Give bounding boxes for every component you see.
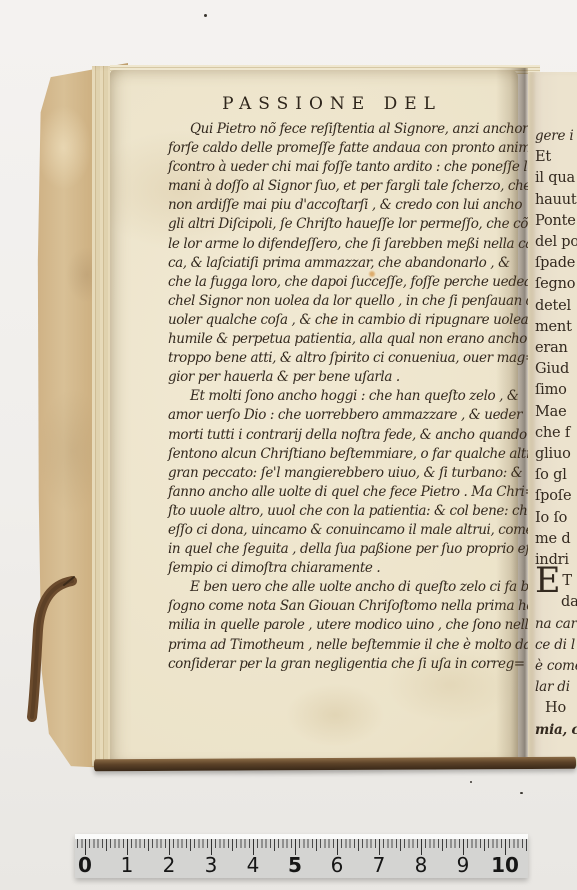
text-line: milia in quelle parole , utere modico ui… (168, 616, 508, 635)
ruler-number: 0 (78, 853, 92, 877)
fragment-line: detel (535, 296, 577, 317)
photo-scene: PASSIONE DEL Qui Pietro nõ fece reſiſten… (0, 0, 577, 890)
ruler-number: 4 (247, 853, 260, 877)
dust-speck (520, 792, 523, 794)
fragment-line: ment (535, 317, 577, 338)
dust-speck (204, 14, 207, 17)
open-book: PASSIONE DEL Qui Pietro nõ fece reſiſten… (30, 60, 577, 772)
fragment-line: me d (535, 529, 577, 550)
fragment-line: Io ſo (535, 508, 577, 529)
text-line: le lor arme lo difendeſſero, che ſi ſare… (168, 235, 508, 254)
text-line: gior per hauerla & per bene uſarla . (168, 368, 508, 387)
fragment-line: ſimo (535, 380, 577, 401)
text-line: mani à doſſo al Signor ſuo, et per fargl… (168, 177, 508, 196)
text-line: in quel che ſeguita , della ſua paßione … (168, 540, 508, 559)
text-line: Qui Pietro nõ fece reſiſtentia al Signor… (168, 120, 508, 139)
fragment-line: mia, co (535, 720, 577, 741)
left-page: PASSIONE DEL Qui Pietro nõ fece reſiſten… (110, 70, 518, 766)
gutter-shadow (496, 68, 528, 768)
fragment-line: hauut (535, 190, 577, 211)
text-line: amor uerſo Dio : che uorrebbero ammazzar… (168, 406, 508, 425)
measuring-ruler: 012345678910 (75, 834, 528, 878)
fragment-line: Mae (535, 402, 577, 423)
text-line: Et molti ſono ancho hoggi : che han queſ… (168, 387, 508, 406)
fragment-line: ce di l (535, 635, 577, 656)
fragment-line: che f (535, 423, 577, 444)
right-page-lines: gere iEtil quahauutPontedel poſpadeſegno… (535, 126, 577, 741)
text-line: forſe caldo delle promeſſe fatte andaua … (168, 139, 508, 158)
text-line: gran peccato: ſe'l mangierebbero uiuo, &… (168, 464, 508, 483)
ruler-number: 1 (121, 853, 134, 877)
ruler-number: 8 (415, 853, 428, 877)
dust-speck (470, 781, 472, 783)
text-line: prima ad Timotheum , nelle beſtemmie il … (168, 636, 508, 655)
ruler-number: 10 (491, 853, 519, 877)
text-line: ca, & laſciatiſi prima ammazzar, che aba… (168, 254, 508, 273)
text-line: gli altri Diſcipoli, ſe Chriſto haueſſe … (168, 215, 508, 234)
text-line: humile & perpetua patientia, alla qual n… (168, 330, 508, 349)
fragment-line: lar di (535, 677, 577, 698)
ruler-number: 5 (288, 853, 302, 877)
fragment-line: na car (535, 614, 577, 635)
fragment-line: gere i (535, 126, 577, 147)
text-line: ſempio ci dimoſtra chiaramente . (168, 559, 508, 578)
ruler-number: 9 (457, 853, 470, 877)
fragment-line: ſo gl (535, 465, 577, 486)
fragment-line: ET (535, 571, 577, 592)
text-block: Qui Pietro nõ fece reſiſtentia al Signor… (168, 120, 508, 674)
text-line: chel Signor non uolea da lor quello , in… (168, 292, 508, 311)
text-line: ſentono alcun Chriſtiano beſtemmiare, o … (168, 445, 508, 464)
bottom-cover-edge (94, 757, 576, 772)
text-line: ſcontro à ueder chi mai foſſe tanto ardi… (168, 158, 508, 177)
text-line: ſogno come nota San Giouan Chriſoſtomo n… (168, 597, 508, 616)
text-line: troppo bene atti, & altro ſpirito ci con… (168, 349, 508, 368)
fragment-line: ſpoſe (535, 486, 577, 507)
fragment-line: del po (535, 232, 577, 253)
text-line: uoler qualche coſa , & che in cambio di … (168, 311, 508, 330)
ruler-number: 2 (163, 853, 176, 877)
ruler-number: 6 (331, 853, 344, 877)
drop-cap: E (535, 571, 560, 592)
text-line: fanno ancho alle uolte di quel che fece … (168, 483, 508, 502)
fragment-line: gliuo (535, 444, 577, 465)
fragment-line: da (561, 592, 577, 613)
leather-tie-strap (20, 575, 80, 735)
ruler-number: 7 (373, 853, 386, 877)
text-line: morti tutti i contrarij della noſtra fed… (168, 426, 508, 445)
text-line: eſſo ci dona, uincamo & conuincamo il ma… (168, 521, 508, 540)
fragment-line: eran (535, 338, 577, 359)
text-line: che la fugga loro, che dapoi ſucceſſe, f… (168, 273, 508, 292)
text-line: ſto uuole altro, uuol che con la patient… (168, 502, 508, 521)
fragment-line: ſpade (535, 253, 577, 274)
fragment-line: Ho (545, 698, 577, 719)
fragment-line: ſegno (535, 274, 577, 295)
running-header: PASSIONE DEL (162, 94, 502, 114)
fragment-line: il qua (535, 168, 577, 189)
fragment-line: Ponte (535, 211, 577, 232)
right-page-partial: gere iEtil quahauutPontedel poſpadeſegno… (528, 72, 577, 766)
fragment-line: Giud (535, 359, 577, 380)
fragment-line: Et (535, 147, 577, 168)
text-line: conſiderar per la gran negligentia che ſ… (168, 655, 508, 674)
text-line: E ben uero che alle uolte ancho di queſt… (168, 578, 508, 597)
ruler-number: 3 (205, 853, 218, 877)
text-line: non ardiſſe mai piu d'accoſtarſi , & cre… (168, 196, 508, 215)
fragment-line: è come (535, 656, 577, 677)
